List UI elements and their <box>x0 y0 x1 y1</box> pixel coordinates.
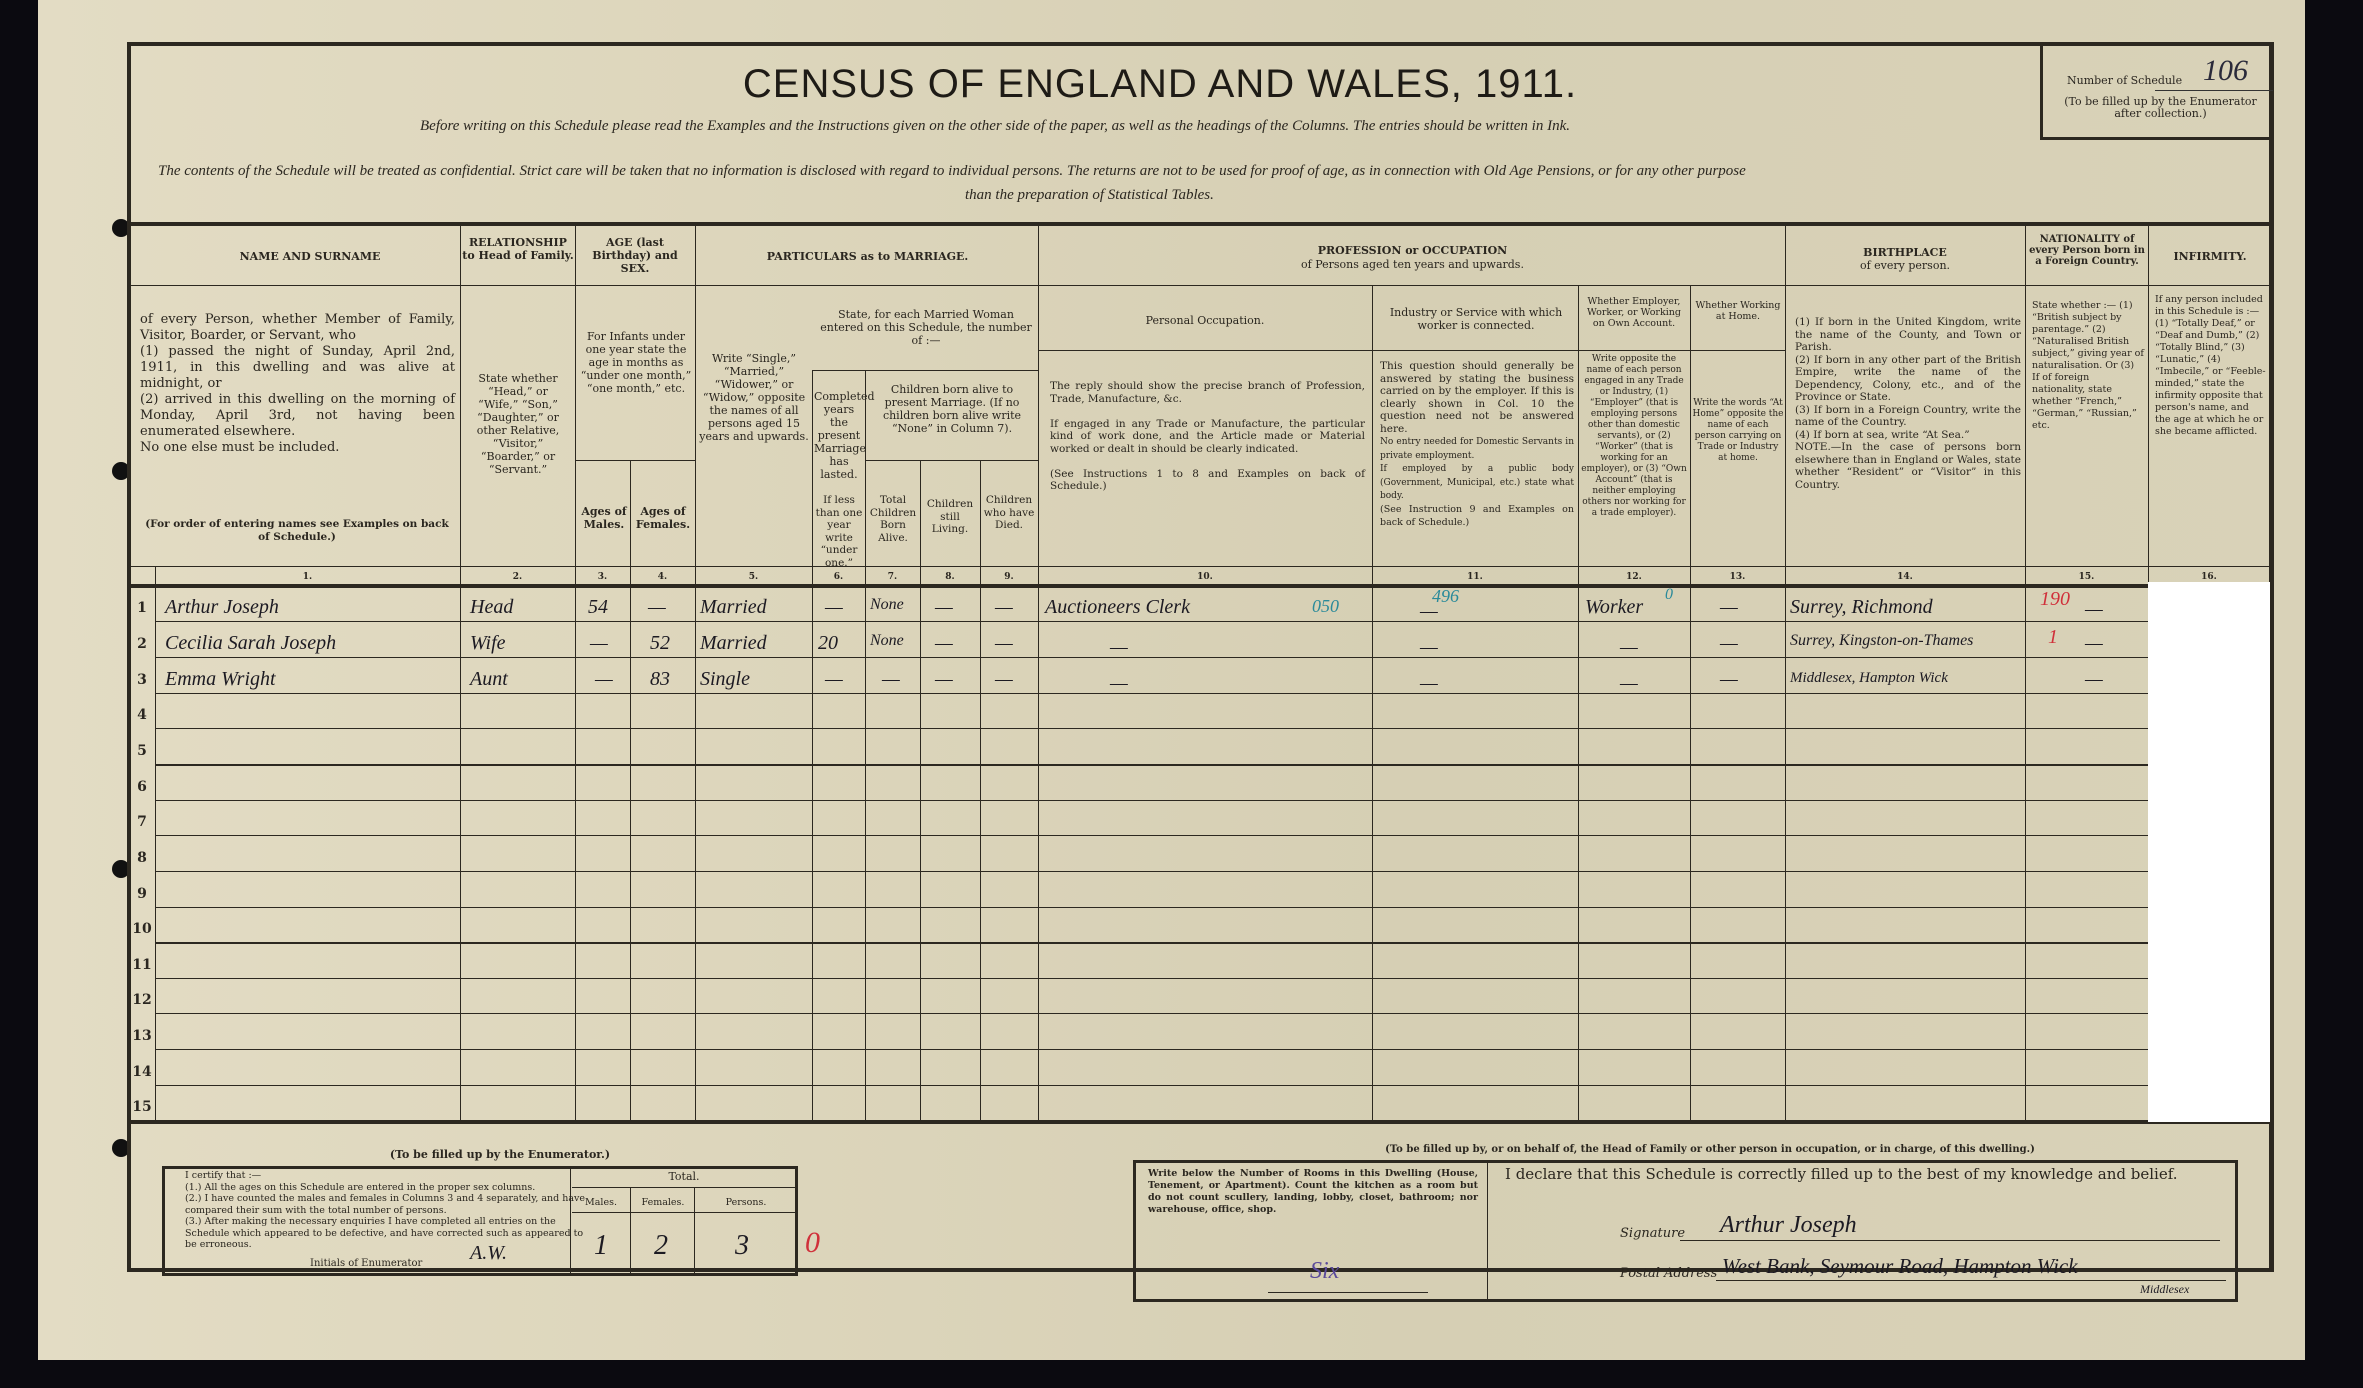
entry-industry[interactable]: — <box>1420 672 1438 695</box>
entry-age-male[interactable]: — <box>595 668 613 691</box>
entry-relationship[interactable]: Wife <box>470 632 506 655</box>
enumerator-initials[interactable]: A.W. <box>470 1242 507 1265</box>
total-persons[interactable]: 3 <box>735 1230 749 1262</box>
header-birthplace-sub: of every person. <box>1787 259 2023 272</box>
column-number: 1. <box>155 572 460 582</box>
entry-years[interactable]: — <box>825 668 843 691</box>
entry-birthplace[interactable]: Surrey, Richmond <box>1790 596 1933 619</box>
header-marriage-total: Total Children Born Alive. <box>866 494 920 544</box>
column-number: 8. <box>920 572 980 582</box>
header-nationality-desc: State whether :— (1) “British subject by… <box>2032 300 2144 432</box>
column-number: 10. <box>1038 572 1372 582</box>
column-number: 9. <box>980 572 1038 582</box>
entry-name[interactable]: Cecilia Sarah Joseph <box>165 632 336 655</box>
header-employer-desc: Write opposite the name of each person e… <box>1580 354 1688 519</box>
entry-employment[interactable]: — <box>1620 636 1638 659</box>
column-number: 2. <box>460 572 575 582</box>
header-home: Whether Working at Home. <box>1692 300 1784 322</box>
header-marriage-living: Children still Living. <box>921 498 979 536</box>
header-marriage: PARTICULARS as to MARRIAGE. <box>700 250 1035 263</box>
header-personal-occupation: Personal Occupation. <box>1040 314 1370 327</box>
confidential-line-2: than the preparation of Statistical Tabl… <box>965 187 1214 204</box>
row-number: 10 <box>131 921 153 937</box>
entry-employment[interactable]: Worker <box>1585 596 1643 619</box>
entry-died[interactable]: — <box>995 596 1013 619</box>
header-relationship: RELATIONSHIP to Head of Family. <box>462 236 574 262</box>
entry-name[interactable]: Arthur Joseph <box>165 596 279 619</box>
entry-nationality[interactable]: — <box>2085 598 2103 621</box>
postal-address-county[interactable]: Middlesex <box>2140 1282 2189 1297</box>
postal-address-label: Postal Address <box>1620 1266 1717 1282</box>
header-home-desc: Write the words “At Home” opposite the n… <box>1692 398 1784 464</box>
header-relationship-desc: State whether “Head,” or “Wife,” “Son,” … <box>468 372 568 476</box>
signature-value[interactable]: Arthur Joseph <box>1720 1212 1857 1239</box>
entry-nationality-code: 1 <box>2048 626 2058 649</box>
column-number: 3. <box>575 572 630 582</box>
entry-living[interactable]: — <box>935 596 953 619</box>
males-label: Males. <box>572 1196 630 1209</box>
header-personal-occupation-desc: The reply should show the precise branch… <box>1050 380 1365 493</box>
row-number: 4 <box>131 707 153 723</box>
row-number: 6 <box>131 779 153 795</box>
column-number: 11. <box>1372 572 1578 582</box>
header-marriage-died: Children who have Died. <box>981 494 1037 532</box>
header-marriage-years: Completed years the present Marriage has… <box>814 390 864 481</box>
entry-died[interactable]: — <box>995 668 1013 691</box>
column-number: 7. <box>865 572 920 582</box>
row-number: 9 <box>131 886 153 902</box>
header-birthplace-desc: (1) If born in the United Kingdom, write… <box>1795 316 2021 491</box>
entry-marriage[interactable]: Married <box>700 596 767 619</box>
column-number: 6. <box>812 572 865 582</box>
header-age-males: Ages of Males. <box>578 505 630 531</box>
schedule-note: (To be filled up by the Enumerator after… <box>2053 96 2268 120</box>
entry-living[interactable]: — <box>935 632 953 655</box>
entry-industry-code: 496 <box>1432 586 1459 607</box>
row-number: 12 <box>131 992 153 1008</box>
row-number: 11 <box>131 957 153 973</box>
schedule-number-value[interactable]: 106 <box>2203 54 2248 88</box>
total-males[interactable]: 1 <box>594 1230 608 1262</box>
page-title: CENSUS OF ENGLAND AND WALES, 1911. <box>660 62 1660 107</box>
entry-employment-code: 0 <box>1665 586 1673 604</box>
header-birthplace: BIRTHPLACE <box>1787 246 2023 259</box>
header-name-desc: of every Person, whether Member of Famil… <box>140 312 455 456</box>
entry-total-children[interactable]: — <box>882 668 900 691</box>
persons-label: Persons. <box>696 1196 796 1209</box>
rooms-instruction: Write below the Number of Rooms in this … <box>1148 1168 1478 1216</box>
header-name-order: (For order of entering names see Example… <box>138 518 456 543</box>
column-number: 12. <box>1578 572 1690 582</box>
household-heading: (To be filled up by, or on behalf of, th… <box>1170 1143 2250 1156</box>
row-number: 5 <box>131 743 153 759</box>
entry-birthplace[interactable]: Surrey, Kingston-on-Thames <box>1790 632 1973 650</box>
row-number: 14 <box>131 1064 153 1080</box>
rooms-value[interactable]: Six <box>1310 1258 1339 1285</box>
totals-label: Total. <box>572 1170 796 1183</box>
column-number: 13. <box>1690 572 1785 582</box>
header-marriage-children: Children born alive to present Marriage.… <box>868 383 1036 435</box>
header-employer: Whether Employer, Worker, or Working on … <box>1580 296 1688 329</box>
column-number: 14. <box>1785 572 2025 582</box>
entry-total-children[interactable]: None <box>870 596 904 614</box>
entry-living[interactable]: — <box>935 668 953 691</box>
column-number: 5. <box>695 572 812 582</box>
red-check-mark: 0 <box>805 1226 820 1260</box>
header-industry: Industry or Service with which worker is… <box>1376 306 1576 332</box>
row-number: 13 <box>131 1028 153 1044</box>
header-age-desc: For Infants under one year state the age… <box>580 330 692 395</box>
entry-age-male[interactable]: 54 <box>588 596 608 619</box>
header-name: NAME AND SURNAME <box>160 250 460 263</box>
header-occupation: PROFESSION or OCCUPATION <box>1040 244 1785 257</box>
row-number: 2 <box>131 636 153 652</box>
entry-nationality[interactable]: — <box>2085 668 2103 691</box>
row-number: 8 <box>131 850 153 866</box>
enumerator-certify-text: I certify that :— (1.) All the ages on t… <box>185 1170 585 1251</box>
entry-nationality[interactable]: — <box>2085 632 2103 655</box>
schedule-number-label: Number of Schedule <box>2067 74 2182 87</box>
header-marriage-years-note: If less than one year write “under one.” <box>814 494 864 569</box>
header-age-females: Ages of Females. <box>632 505 694 531</box>
header-infirmity-desc: If any person included in this Schedule … <box>2155 294 2267 438</box>
entry-age-male[interactable]: — <box>590 632 608 655</box>
header-occupation-sub: of Persons aged ten years and upwards. <box>1040 258 1785 271</box>
row-number: 1 <box>131 600 153 616</box>
entry-age-female[interactable]: — <box>648 596 666 619</box>
declaration-text: I declare that this Schedule is correctl… <box>1505 1166 2178 1182</box>
row-number: 3 <box>131 672 153 688</box>
header-marriage-write: Write “Single,” “Married,” “Widower,” or… <box>698 352 810 443</box>
enumerator-heading: (To be filled up by the Enumerator.) <box>300 1148 700 1161</box>
header-marriage-state: State, for each Married Woman entered on… <box>816 308 1036 347</box>
entry-industry[interactable]: — <box>1420 636 1438 659</box>
entry-home[interactable]: — <box>1720 632 1738 655</box>
entry-name[interactable]: Emma Wright <box>165 668 276 691</box>
entry-occupation-code: 050 <box>1312 596 1339 617</box>
entry-died[interactable]: — <box>995 632 1013 655</box>
entry-employment[interactable]: — <box>1620 672 1638 695</box>
entry-relationship[interactable]: Head <box>470 596 513 619</box>
initials-label: Initials of Enumerator <box>310 1256 422 1272</box>
entry-marriage[interactable]: Married <box>700 632 767 655</box>
header-infirmity: INFIRMITY. <box>2150 250 2270 263</box>
column-number: 16. <box>2148 572 2270 582</box>
entry-birthplace[interactable]: Middlesex, Hampton Wick <box>1790 670 1948 687</box>
females-label: Females. <box>632 1196 694 1209</box>
instruction-line: Before writing on this Schedule please r… <box>420 118 1570 135</box>
entry-occupation[interactable]: — <box>1110 672 1128 695</box>
postal-address-value[interactable]: West Bank, Seymour Road, Hampton Wick <box>1722 1254 2078 1279</box>
entry-age-female[interactable]: 52 <box>650 632 670 655</box>
entry-age-female[interactable]: 83 <box>650 668 670 691</box>
entry-home[interactable]: — <box>1720 668 1738 691</box>
total-females[interactable]: 2 <box>654 1230 668 1262</box>
header-age: AGE (last Birthday) and SEX. <box>578 236 692 275</box>
header-industry-desc: This question should generally be answer… <box>1380 360 1574 530</box>
row-number: 7 <box>131 814 153 830</box>
entry-years[interactable]: 20 <box>818 632 838 655</box>
column-number: 4. <box>630 572 695 582</box>
entry-marriage[interactable]: Single <box>700 668 750 691</box>
entry-years[interactable]: — <box>825 596 843 619</box>
column-number: 15. <box>2025 572 2148 582</box>
header-nationality: NATIONALITY of every Person born in a Fo… <box>2027 234 2147 267</box>
signature-label: Signature <box>1620 1226 1685 1242</box>
schedule-number-box: Number of Schedule 106 (To be filled up … <box>2040 46 2272 140</box>
entry-home[interactable]: — <box>1720 596 1738 619</box>
entry-nationality-code: 190 <box>2040 588 2070 611</box>
entry-total-children[interactable]: None <box>870 632 904 650</box>
redacted-infirmity-column <box>2148 582 2270 1122</box>
entry-occupation[interactable]: — <box>1110 636 1128 659</box>
entry-occupation[interactable]: Auctioneers Clerk <box>1045 596 1190 619</box>
row-number: 15 <box>131 1099 153 1115</box>
confidential-line: The contents of the Schedule will be tre… <box>158 163 1746 180</box>
entry-relationship[interactable]: Aunt <box>470 668 508 691</box>
